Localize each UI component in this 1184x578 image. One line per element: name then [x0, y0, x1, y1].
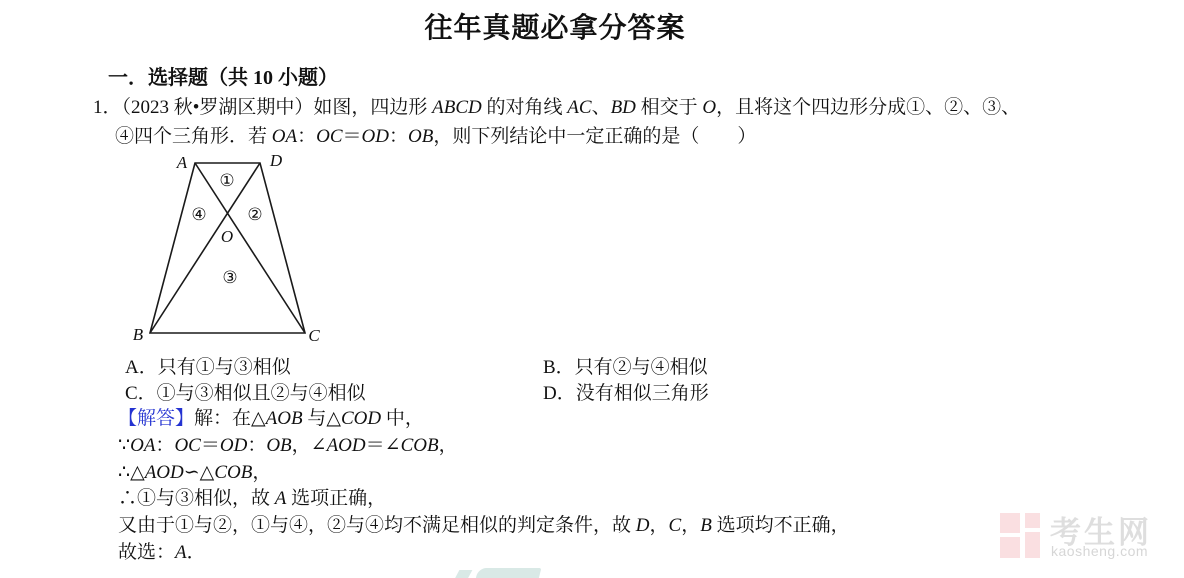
logo-block: [1025, 513, 1040, 528]
watermark-shape-large: [476, 568, 542, 578]
page-title: 往年真题必拿分答案: [0, 6, 1110, 46]
solution-line-3: ∴△AOD∽△COB，: [118, 460, 850, 487]
watermark-shape-small: [455, 570, 473, 578]
solution-line-2: ∵OA：OC＝OD：OB，∠AOD＝∠COB，: [118, 433, 850, 460]
quadrilateral-figure: A D B C O ① ② ③ ④: [128, 150, 338, 350]
option-d: D．没有相似三角形: [543, 378, 709, 405]
solution-line-1: 【解答】解：在△AOB 与△COD 中，: [118, 406, 850, 433]
kaosheng-logo-icon: [1000, 513, 1040, 558]
option-c: C．①与③相似且②与④相似: [125, 378, 366, 405]
document-page: 往年真题必拿分答案 一．选择题（共 10 小题） 1．（2023 秋•罗湖区期中…: [0, 0, 1184, 578]
diagonal-bd: [150, 163, 260, 333]
question-1-line-2: ④四个三角形．若 OA：OC＝OD：OB，则下列结论中一定正确的是（ ）: [115, 121, 756, 148]
solution-line-6: 故选：A．: [118, 540, 850, 567]
region-label-4: ④: [191, 205, 206, 225]
vertex-label-a: A: [176, 153, 188, 172]
section-heading: 一．选择题（共 10 小题）: [108, 61, 338, 90]
logo-block: [1000, 513, 1020, 533]
vertex-label-c: C: [308, 326, 320, 345]
kaosheng-domain: kaosheng.com: [1051, 543, 1148, 559]
diagonal-ac: [195, 163, 305, 333]
vertex-label-b: B: [133, 325, 144, 344]
region-label-3: ③: [222, 268, 237, 288]
question-1-line-1: 1．（2023 秋•罗湖区期中）如图，四边形 ABCD 的对角线 AC、BD 相…: [93, 92, 1020, 119]
solution-line-5: 又由于①与②，①与④，②与④均不满足相似的判定条件，故 D，C，B 选项均不正确…: [118, 513, 850, 540]
vertex-label-d: D: [269, 151, 283, 170]
region-label-1: ①: [219, 171, 234, 191]
solution-block: 【解答】解：在△AOB 与△COD 中， ∵OA：OC＝OD：OB，∠AOD＝∠…: [118, 406, 850, 567]
solution-line-4: ∴①与③相似，故 A 选项正确，: [118, 486, 850, 513]
option-a: A．只有①与③相似: [125, 352, 291, 379]
logo-block: [1000, 537, 1020, 558]
region-label-2: ②: [247, 205, 262, 225]
logo-block: [1025, 532, 1040, 558]
option-b: B．只有②与④相似: [543, 352, 708, 379]
vertex-label-o: O: [221, 227, 233, 246]
